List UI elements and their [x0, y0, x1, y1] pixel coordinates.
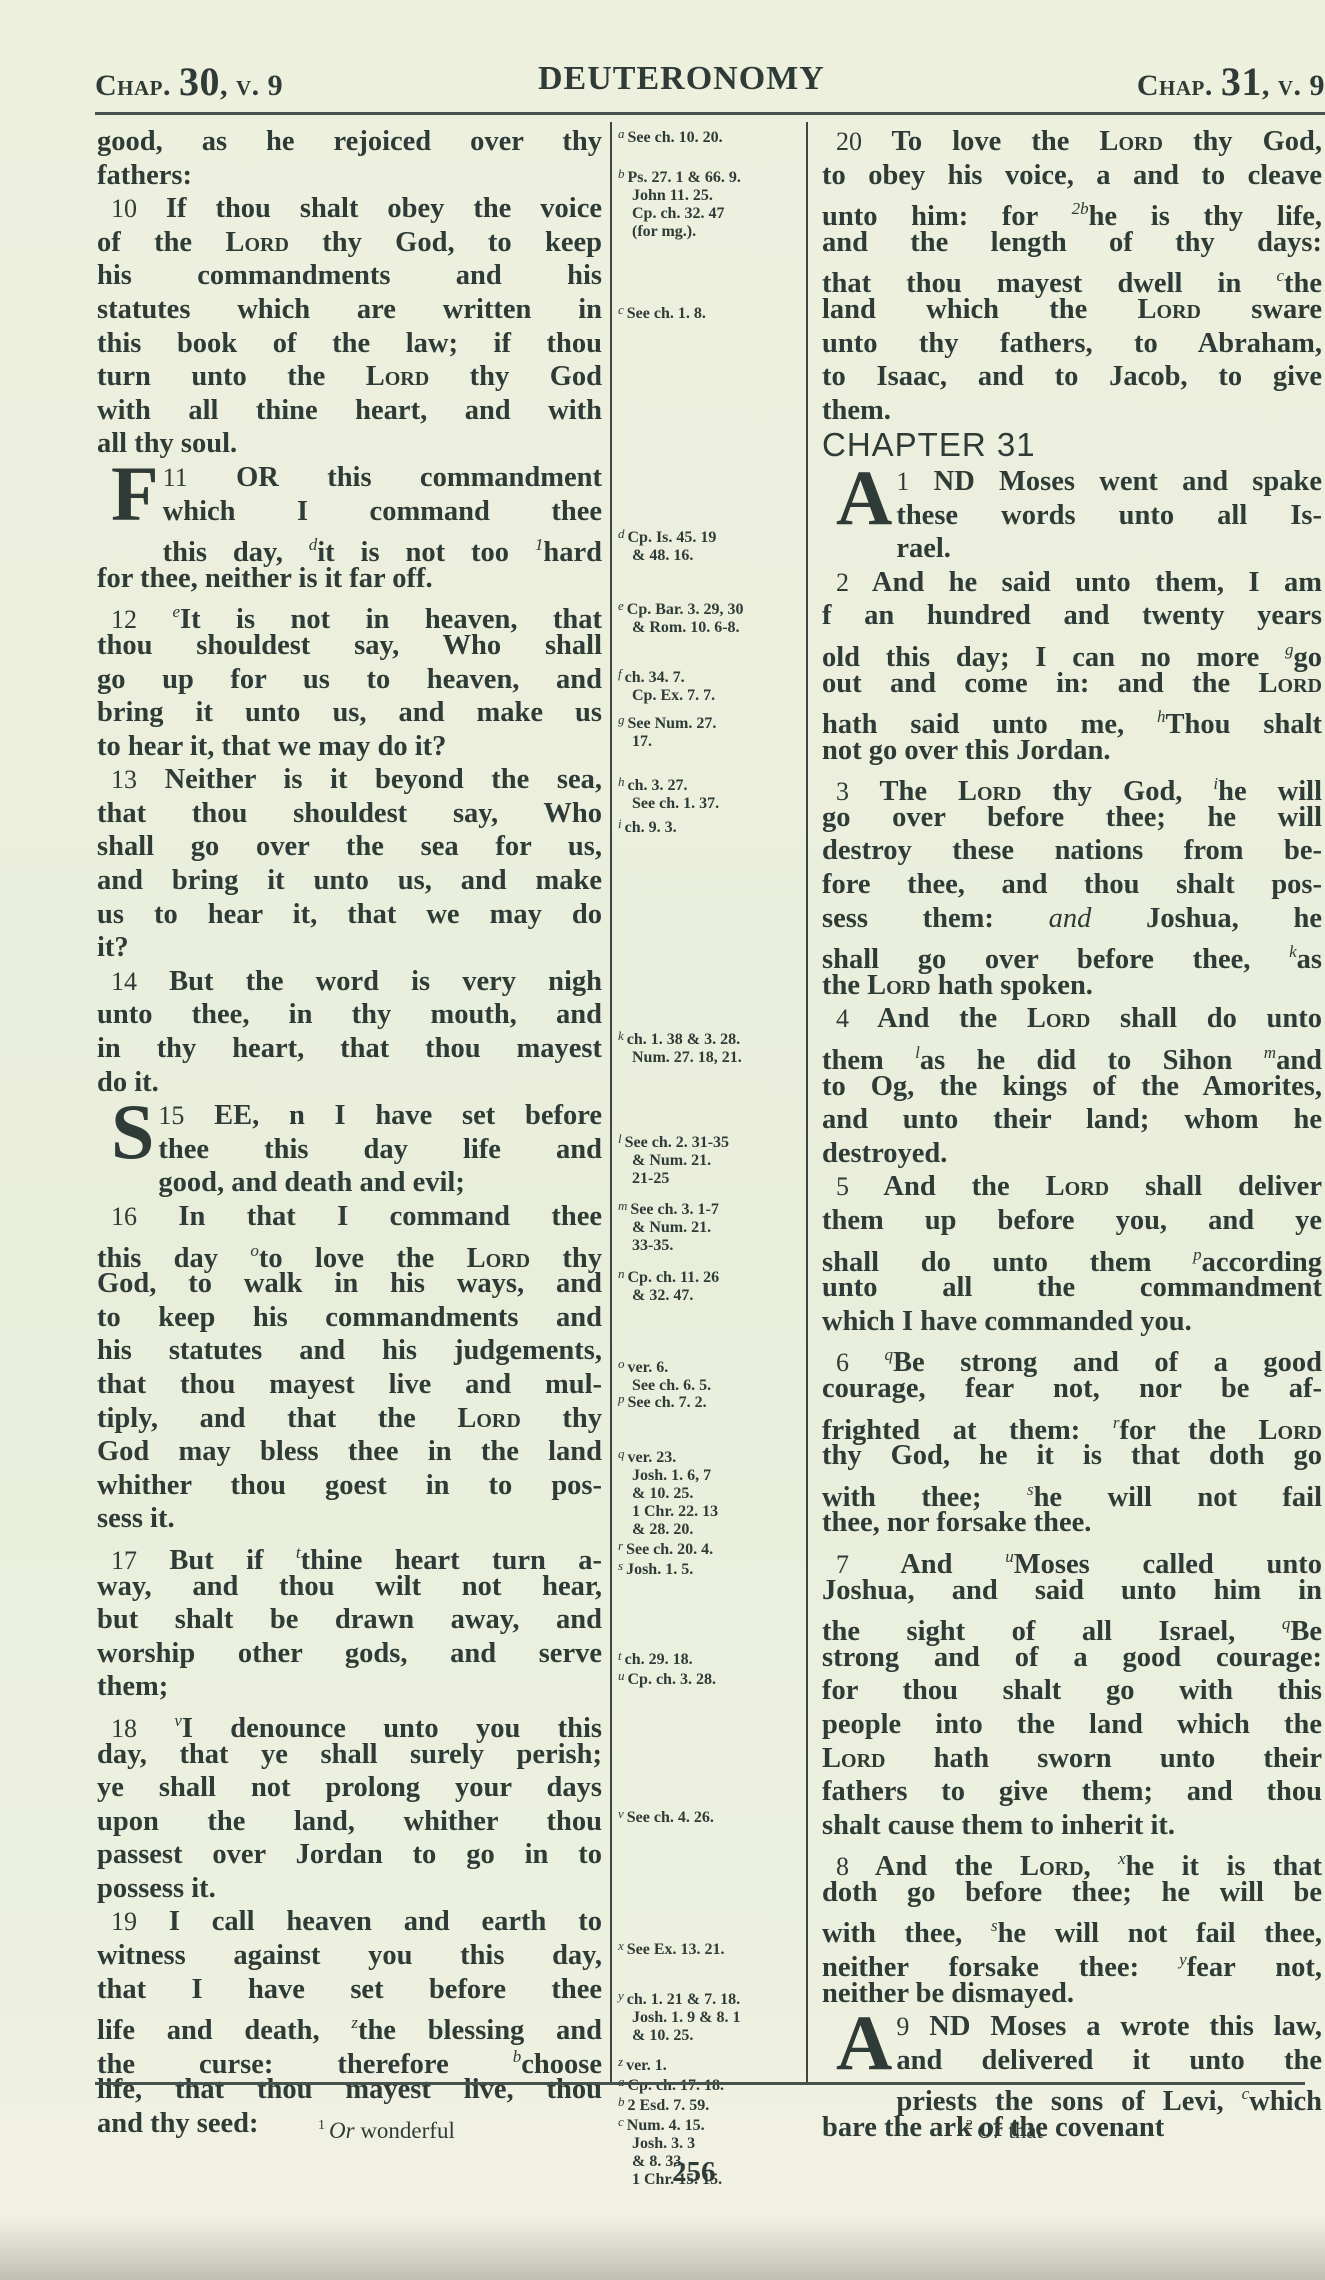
text-line: sess them: and Joshua, he	[822, 902, 1322, 936]
text-line: 9 AND Moses a wrote this law,	[822, 2010, 1322, 2044]
text-line: his statutes and his judgements,	[97, 1334, 602, 1368]
cross-reference-t: tch. 29. 18.	[618, 1647, 806, 1669]
text-line: go up for us to heaven, and	[97, 663, 602, 697]
text-line: 1 AND Moses went and spake	[822, 465, 1322, 499]
text-line: fore thee, and thou shalt pos-	[822, 868, 1322, 902]
cross-reference-c: cSee ch. 1. 8.	[618, 301, 806, 323]
cross-reference-u: uCp. ch. 3. 28.	[618, 1667, 806, 1689]
text-line: worship other gods, and serve	[97, 1637, 602, 1671]
text-line: which I command thee	[97, 495, 602, 529]
cross-reference-o: over. 6.See ch. 6. 5.	[618, 1355, 806, 1395]
text-line: 2 And he said unto them, I am	[822, 566, 1322, 600]
text-line: 16 In that I command thee	[97, 1200, 602, 1234]
running-header: Chap. 30, v. 9 DEUTERONOMY Chap. 31, v. …	[95, 58, 1325, 108]
text-line: God, to walk in his ways, and	[97, 1267, 602, 1301]
text-line: ye shall not prolong your days	[97, 1771, 602, 1805]
text-line: and the length of thy days:	[822, 226, 1322, 260]
text-line: all thy soul.	[97, 427, 602, 461]
text-line: 14 But the word is very nigh	[97, 965, 602, 999]
text-line: with all thine heart, and with	[97, 394, 602, 428]
text-line: this day oto love the Lord thy	[97, 1234, 602, 1268]
text-line: for thou shalt go with this	[822, 1674, 1322, 1708]
text-line: destroy these nations from be-	[822, 834, 1322, 868]
text-line: the sight of all Israel, qBe	[822, 1607, 1322, 1641]
text-line: with thee, she will not fail thee,	[822, 1909, 1322, 1943]
text-line: turn unto the Lord thy God	[97, 360, 602, 394]
text-line: this book of the law; if thou	[97, 327, 602, 361]
text-line: Joshua, and said unto him in	[822, 1574, 1322, 1608]
cross-reference-h: hch. 3. 27.See ch. 1. 37.	[618, 773, 806, 813]
text-line: to hear it, that we may do it?	[97, 730, 602, 764]
text-line: out and come in: and the Lord	[822, 667, 1322, 701]
text-line: shall go over the sea for us,	[97, 830, 602, 864]
text-line: this day, dit is not too 1hard	[97, 528, 602, 562]
column-divider-left	[610, 122, 612, 2082]
cross-reference-s: sJosh. 1. 5.	[618, 1557, 806, 1579]
text-line: life and death, zthe blessing and	[97, 2006, 602, 2040]
text-line: that I have set before thee	[97, 1973, 602, 2007]
text-line: 7 And uMoses called unto	[822, 1540, 1322, 1574]
text-line: 17 But if tthine heart turn a-	[97, 1536, 602, 1570]
text-line: Lord hath sworn unto their	[822, 1742, 1322, 1776]
text-line: old this day; I can no more ggo	[822, 633, 1322, 667]
text-line: f an hundred and twenty years	[822, 599, 1322, 633]
text-line: but shalt be drawn away, and	[97, 1603, 602, 1637]
text-line: 12 eIt is not in heaven, that	[97, 595, 602, 629]
text-line: do it.	[97, 1066, 602, 1100]
cross-reference-a: aSee ch. 10. 20.	[618, 125, 806, 147]
text-line: tiply, and that the Lord thy	[97, 1402, 602, 1436]
drop-cap: S	[111, 1101, 154, 1167]
text-line: and delivered it unto the	[822, 2044, 1322, 2078]
cross-reference-m: mSee ch. 3. 1-7& Num. 21.33-35.	[618, 1197, 806, 1255]
text-line: and bring it unto us, and make	[97, 864, 602, 898]
cross-reference-p: pSee ch. 7. 2.	[618, 1390, 806, 1412]
text-line: the curse: therefore bchoose	[97, 2040, 602, 2074]
text-line: 4 And the Lord shall do unto	[822, 1002, 1322, 1036]
text-line: shalt cause them to inherit it.	[822, 1809, 1322, 1843]
text-line: frighted at them: rfor the Lord	[822, 1406, 1322, 1440]
text-line: possess it.	[97, 1872, 602, 1906]
cross-reference-e: eCp. Bar. 3. 29, 30& Rom. 10. 6-8.	[618, 597, 806, 637]
text-line: fathers:	[97, 159, 602, 193]
text-line: day, that ye shall surely perish;	[97, 1738, 602, 1772]
column-divider-right	[806, 122, 808, 2082]
text-line: hath said unto me, hThou shalt	[822, 700, 1322, 734]
text-line: these words unto all Is-	[822, 499, 1322, 533]
text-line: thee this day life and	[97, 1133, 602, 1167]
text-line: them up before you, and ye	[822, 1204, 1322, 1238]
text-line: with thee; she will not fail	[822, 1473, 1322, 1507]
cross-reference-q: qver. 23.Josh. 1. 6, 7& 10. 25.1 Chr. 22…	[618, 1445, 806, 1539]
text-line: unto thy fathers, to Abraham,	[822, 327, 1322, 361]
text-line: God may bless thee in the land	[97, 1435, 602, 1469]
text-line: strong and of a good courage:	[822, 1641, 1322, 1675]
text-line: it?	[97, 931, 602, 965]
text-line: to obey his voice, a and to cleave	[822, 159, 1322, 193]
text-line: upon the land, whither thou	[97, 1805, 602, 1839]
text-line: good, and death and evil;	[97, 1166, 602, 1200]
drop-cap: F	[111, 463, 159, 529]
text-line: to Og, the kings of the Amorites,	[822, 1070, 1322, 1104]
text-line: 13 Neither is it beyond the sea,	[97, 763, 602, 797]
chapter-heading: CHAPTER 31	[822, 426, 1036, 463]
text-line: and unto their land; whom he	[822, 1103, 1322, 1137]
text-line: 11 FOR this commandment	[97, 461, 602, 495]
header-rule	[95, 112, 1325, 115]
text-line: rael.	[822, 532, 1322, 566]
text-line: bare the ark of the covenant	[822, 2111, 1322, 2145]
text-line: passest over Jordan to go in to	[97, 1838, 602, 1872]
drop-cap: A	[836, 467, 892, 533]
header-right-reference: Chap. 31, v. 9	[1137, 58, 1325, 105]
text-line: that thou mayest live and mul-	[97, 1368, 602, 1402]
text-line: sess it.	[97, 1502, 602, 1536]
text-line: land which the Lord sware	[822, 293, 1322, 327]
text-line: bring it unto us, and make us	[97, 696, 602, 730]
bible-page: Chap. 30, v. 9 DEUTERONOMY Chap. 31, v. …	[0, 0, 1325, 2280]
footnote-2: 2Or that	[966, 2118, 1043, 2144]
text-line: them.	[822, 394, 1322, 428]
text-line: 20 To love the Lord thy God,	[822, 125, 1322, 159]
text-line: shall go over before thee, kas	[822, 935, 1322, 969]
text-line: 5 And the Lord shall deliver	[822, 1170, 1322, 1204]
right-text-column: 20 To love the Lord thy God,to obey his …	[822, 125, 1322, 2145]
text-line: 8 And the Lord, xhe it is that	[822, 1842, 1322, 1876]
header-left-reference: Chap. 30, v. 9	[95, 58, 283, 105]
cross-reference-y: ych. 1. 21 & 7. 18.Josh. 1. 9 & 8. 1& 10…	[618, 1987, 806, 2045]
text-line: witness against you this day,	[97, 1939, 602, 1973]
text-line: unto thee, in thy mouth, and	[97, 998, 602, 1032]
text-line: them;	[97, 1670, 602, 1704]
cross-reference-r: rSee ch. 20. 4.	[618, 1537, 806, 1559]
cross-reference-b: bPs. 27. 1 & 66. 9.John 11. 25.Cp. ch. 3…	[618, 165, 806, 241]
page-number: 256	[672, 2156, 716, 2189]
text-line: to Isaac, and to Jacob, to give	[822, 360, 1322, 394]
cross-reference-g: gSee Num. 27.17.	[618, 711, 806, 751]
cross-reference-i: ich. 9. 3.	[618, 815, 806, 837]
text-line: whither thou goest in to pos-	[97, 1469, 602, 1503]
text-line: 15 SEE, n I have set before	[97, 1099, 602, 1133]
text-line: thy God, he it is that doth go	[822, 1439, 1322, 1473]
text-line: destroyed.	[822, 1137, 1322, 1171]
text-line: in thy heart, that thou mayest	[97, 1032, 602, 1066]
text-line: way, and thou wilt not hear,	[97, 1570, 602, 1604]
text-line: unto all the commandment	[822, 1271, 1322, 1305]
text-line: that thou shouldest say, Who	[97, 797, 602, 831]
text-line: unto him: for 2bhe is thy life,	[822, 192, 1322, 226]
cross-reference-n: nCp. ch. 11. 26& 32. 47.	[618, 1265, 806, 1305]
footnote-1: 1Or wonderful	[318, 2118, 455, 2144]
text-line: 3 The Lord thy God, ihe will	[822, 767, 1322, 801]
text-line: doth go before thee; he will be	[822, 1876, 1322, 1910]
text-line: of the Lord thy God, to keep	[97, 226, 602, 260]
text-line: statutes which are written in	[97, 293, 602, 327]
cross-reference-z: zver. 1.	[618, 2053, 806, 2075]
text-line: life, that thou mayest live, thou	[97, 2073, 602, 2107]
text-line: us to hear it, that we may do	[97, 898, 602, 932]
text-line: neither forsake thee: yfear not,	[822, 1943, 1322, 1977]
cross-reference-l: lSee ch. 2. 31-35& Num. 21.21-25	[618, 1130, 806, 1188]
cross-reference-v: vSee ch. 4. 26.	[618, 1805, 806, 1827]
text-line: shall do unto them paccording	[822, 1238, 1322, 1272]
text-line: 18 vI denounce unto you this	[97, 1704, 602, 1738]
text-line: courage, fear not, nor be af-	[822, 1372, 1322, 1406]
text-line: go over before thee; he will	[822, 801, 1322, 835]
text-line: good, as he rejoiced over thy	[97, 125, 602, 159]
left-text-column: good, as he rejoiced over thyfathers:10 …	[97, 125, 602, 2141]
text-line: to keep his commandments and	[97, 1301, 602, 1335]
drop-cap: A	[836, 2012, 892, 2078]
cross-reference-d: dCp. Is. 45. 19& 48. 16.	[618, 525, 806, 565]
text-line: his commandments and his	[97, 259, 602, 293]
text-line: 19 I call heaven and earth to	[97, 1905, 602, 1939]
cross-reference-k: kch. 1. 38 & 3. 28.Num. 27. 18, 21.	[618, 1027, 806, 1067]
text-line: 6 qBe strong and of a good	[822, 1338, 1322, 1372]
text-line: fathers to give them; and thou	[822, 1775, 1322, 1809]
footer-rule	[95, 2082, 1305, 2085]
text-line: people into the land which the	[822, 1708, 1322, 1742]
text-line: 10 If thou shalt obey the voice	[97, 192, 602, 226]
text-line: which I have commanded you.	[822, 1305, 1322, 1339]
cross-reference-x: xSee Ex. 13. 21.	[618, 1937, 806, 1959]
cross-reference-b: b2 Esd. 7. 59.	[618, 2093, 806, 2115]
text-line: thou shouldest say, Who shall	[97, 629, 602, 663]
text-line: that thou mayest dwell in cthe	[822, 259, 1322, 293]
text-line: them las he did to Sihon mand	[822, 1036, 1322, 1070]
book-title: DEUTERONOMY	[538, 60, 825, 98]
cross-reference-f: fch. 34. 7.Cp. Ex. 7. 7.	[618, 665, 806, 705]
page-edge-shadow	[0, 2215, 1325, 2280]
